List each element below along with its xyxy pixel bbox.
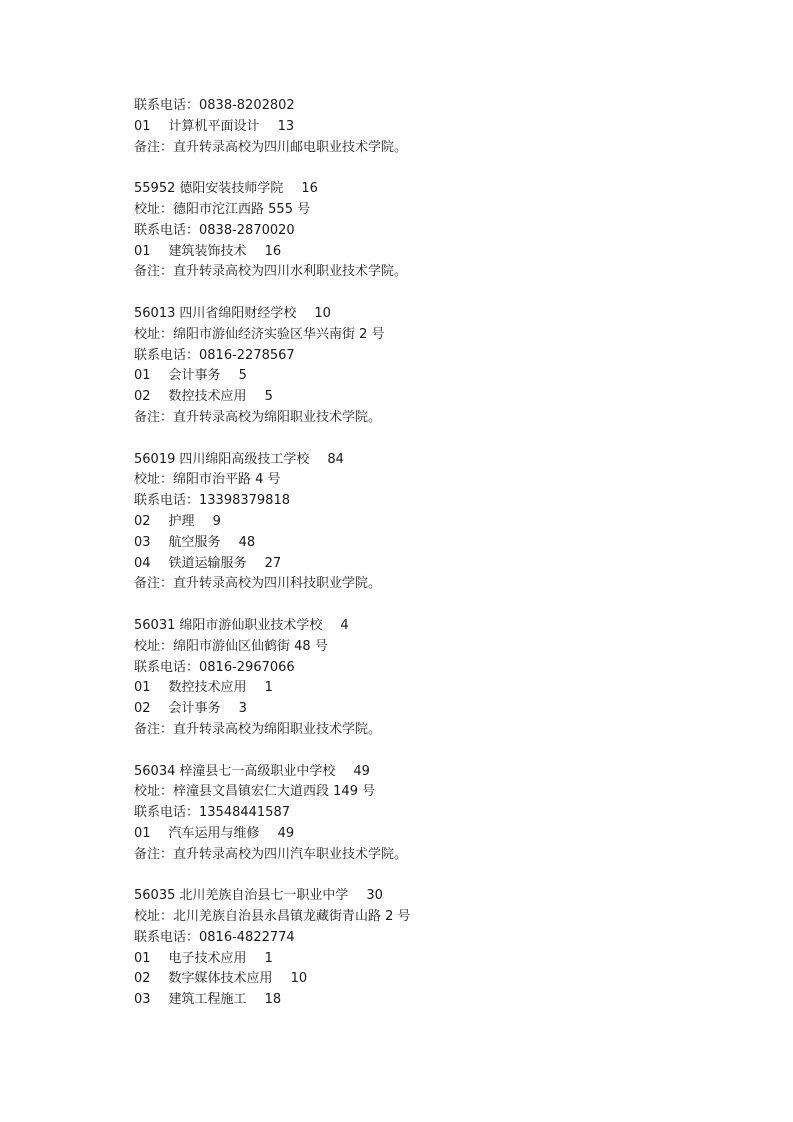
address-line: 校址：北川羌族自治县永昌镇龙藏街青山路 2 号 bbox=[134, 907, 754, 928]
phone-value: 13548441587 bbox=[199, 805, 290, 820]
major-name: 数控技术应用 bbox=[169, 680, 247, 695]
school-heading: 56013四川省绵阳财经学校10 bbox=[134, 304, 754, 325]
school-name: 梓潼县七一高级职业中学校 bbox=[179, 764, 335, 779]
major-code: 01 bbox=[134, 826, 151, 841]
phone-line: 联系电话：0816-2967066 bbox=[134, 658, 754, 679]
note-line: 备注：直升转录高校为四川汽车职业技术学院。 bbox=[134, 845, 754, 866]
school-name: 北川羌族自治县七一职业中学 bbox=[179, 888, 348, 903]
phone-label: 联系电话： bbox=[134, 98, 199, 113]
phone-value: 13398379818 bbox=[199, 493, 290, 508]
school-entry: 56031绵阳市游仙职业技术学校4 校址：绵阳市游仙区仙鹤街 48 号 联系电话… bbox=[134, 616, 754, 741]
major-quota: 48 bbox=[239, 535, 256, 550]
note-value: 直升转录高校为四川邮电职业技术学院。 bbox=[173, 140, 407, 155]
school-entry: 56013四川省绵阳财经学校10 校址：绵阳市游仙经济实验区华兴南街 2 号 联… bbox=[134, 304, 754, 429]
major-line: 02数控技术应用5 bbox=[134, 387, 754, 408]
note-line: 备注：直升转录高校为四川邮电职业技术学院。 bbox=[134, 138, 754, 159]
note-value: 直升转录高校为四川科技职业学院。 bbox=[173, 576, 381, 591]
major-quota: 49 bbox=[278, 826, 295, 841]
school-code: 56031 bbox=[134, 618, 175, 633]
school-entry: 56034梓潼县七一高级职业中学校49 校址：梓潼县文昌镇宏仁大道西段 149 … bbox=[134, 762, 754, 866]
address-value: 绵阳市游仙区仙鹤街 48 号 bbox=[173, 639, 328, 654]
major-name: 电子技术应用 bbox=[169, 951, 247, 966]
school-heading: 56035北川羌族自治县七一职业中学30 bbox=[134, 886, 754, 907]
school-name: 四川省绵阳财经学校 bbox=[179, 306, 296, 321]
major-quota: 1 bbox=[265, 680, 273, 695]
address-line: 校址：绵阳市游仙区仙鹤街 48 号 bbox=[134, 637, 754, 658]
major-name: 航空服务 bbox=[169, 535, 221, 550]
note-label: 备注： bbox=[134, 847, 173, 862]
school-code: 56019 bbox=[134, 452, 175, 467]
phone-line: 联系电话：13548441587 bbox=[134, 803, 754, 824]
address-label: 校址： bbox=[134, 639, 173, 654]
major-quota: 5 bbox=[239, 368, 247, 383]
note-line: 备注：直升转录高校为四川科技职业学院。 bbox=[134, 574, 754, 595]
note-line: 备注：直升转录高校为绵阳职业技术学院。 bbox=[134, 408, 754, 429]
major-line: 03航空服务48 bbox=[134, 533, 754, 554]
major-code: 02 bbox=[134, 701, 151, 716]
major-line: 01数控技术应用1 bbox=[134, 678, 754, 699]
phone-line: 联系电话：0816-4822774 bbox=[134, 928, 754, 949]
major-quota: 3 bbox=[239, 701, 247, 716]
phone-label: 联系电话： bbox=[134, 930, 199, 945]
major-quota: 9 bbox=[213, 514, 221, 529]
note-value: 直升转录高校为四川水利职业技术学院。 bbox=[173, 264, 407, 279]
school-entry: 56035北川羌族自治县七一职业中学30 校址：北川羌族自治县永昌镇龙藏街青山路… bbox=[134, 886, 754, 1011]
major-code: 01 bbox=[134, 244, 151, 259]
school-quota: 4 bbox=[340, 618, 348, 633]
major-code: 01 bbox=[134, 680, 151, 695]
major-code: 02 bbox=[134, 389, 151, 404]
note-value: 直升转录高校为绵阳职业技术学院。 bbox=[173, 722, 381, 737]
address-label: 校址： bbox=[134, 472, 173, 487]
phone-line: 联系电话：0816-2278567 bbox=[134, 346, 754, 367]
phone-label: 联系电话： bbox=[134, 348, 199, 363]
major-line: 03建筑工程施工18 bbox=[134, 990, 754, 1011]
major-name: 会计事务 bbox=[169, 368, 221, 383]
major-name: 数字媒体技术应用 bbox=[169, 971, 273, 986]
major-line: 01汽车运用与维修49 bbox=[134, 824, 754, 845]
address-value: 德阳市沱江西路 555 号 bbox=[173, 202, 310, 217]
phone-value: 0838-8202802 bbox=[199, 98, 295, 113]
address-label: 校址： bbox=[134, 784, 173, 799]
note-label: 备注： bbox=[134, 410, 173, 425]
school-heading: 56031绵阳市游仙职业技术学校4 bbox=[134, 616, 754, 637]
major-quota: 27 bbox=[265, 556, 282, 571]
address-value: 梓潼县文昌镇宏仁大道西段 149 号 bbox=[173, 784, 375, 799]
school-heading: 56034梓潼县七一高级职业中学校49 bbox=[134, 762, 754, 783]
note-value: 直升转录高校为四川汽车职业技术学院。 bbox=[173, 847, 407, 862]
major-name: 汽车运用与维修 bbox=[169, 826, 260, 841]
major-name: 建筑装饰技术 bbox=[169, 244, 247, 259]
major-line: 01会计事务5 bbox=[134, 366, 754, 387]
major-code: 03 bbox=[134, 992, 151, 1007]
school-heading: 56019四川绵阳高级技工学校84 bbox=[134, 450, 754, 471]
phone-label: 联系电话： bbox=[134, 660, 199, 675]
school-heading: 55952德阳安装技师学院16 bbox=[134, 179, 754, 200]
phone-label: 联系电话： bbox=[134, 223, 199, 238]
major-code: 02 bbox=[134, 971, 151, 986]
major-name: 建筑工程施工 bbox=[169, 992, 247, 1007]
school-quota: 30 bbox=[366, 888, 383, 903]
major-code: 01 bbox=[134, 951, 151, 966]
address-value: 北川羌族自治县永昌镇龙藏街青山路 2 号 bbox=[173, 909, 411, 924]
address-line: 校址：德阳市沱江西路 555 号 bbox=[134, 200, 754, 221]
major-line: 02护理9 bbox=[134, 512, 754, 533]
phone-line: 联系电话：13398379818 bbox=[134, 491, 754, 512]
address-line: 校址：绵阳市游仙经济实验区华兴南街 2 号 bbox=[134, 325, 754, 346]
major-quota: 13 bbox=[278, 119, 295, 134]
note-value: 直升转录高校为绵阳职业技术学院。 bbox=[173, 410, 381, 425]
address-line: 校址：绵阳市治平路 4 号 bbox=[134, 470, 754, 491]
major-code: 01 bbox=[134, 119, 151, 134]
major-line: 04铁道运输服务27 bbox=[134, 554, 754, 575]
major-line: 02数字媒体技术应用10 bbox=[134, 969, 754, 990]
school-quota: 10 bbox=[314, 306, 331, 321]
major-code: 04 bbox=[134, 556, 151, 571]
phone-value: 0816-2967066 bbox=[199, 660, 295, 675]
address-label: 校址： bbox=[134, 909, 173, 924]
major-code: 01 bbox=[134, 368, 151, 383]
school-name: 绵阳市游仙职业技术学校 bbox=[179, 618, 322, 633]
phone-value: 0816-2278567 bbox=[199, 348, 295, 363]
school-code: 55952 bbox=[134, 181, 175, 196]
major-name: 铁道运输服务 bbox=[169, 556, 247, 571]
major-name: 数控技术应用 bbox=[169, 389, 247, 404]
school-name: 德阳安装技师学院 bbox=[179, 181, 283, 196]
phone-label: 联系电话： bbox=[134, 493, 199, 508]
major-quota: 1 bbox=[265, 951, 273, 966]
address-label: 校址： bbox=[134, 327, 173, 342]
school-quota: 84 bbox=[327, 452, 344, 467]
major-quota: 18 bbox=[265, 992, 282, 1007]
major-quota: 16 bbox=[265, 244, 282, 259]
document-page: 联系电话：0838-8202802 01计算机平面设计13 备注：直升转录高校为… bbox=[134, 96, 754, 1011]
major-name: 会计事务 bbox=[169, 701, 221, 716]
note-label: 备注： bbox=[134, 140, 173, 155]
phone-value: 0816-4822774 bbox=[199, 930, 295, 945]
major-quota: 5 bbox=[265, 389, 273, 404]
note-line: 备注：直升转录高校为绵阳职业技术学院。 bbox=[134, 720, 754, 741]
note-label: 备注： bbox=[134, 264, 173, 279]
address-value: 绵阳市游仙经济实验区华兴南街 2 号 bbox=[173, 327, 385, 342]
school-entry: 55952德阳安装技师学院16 校址：德阳市沱江西路 555 号 联系电话：08… bbox=[134, 179, 754, 283]
note-line: 备注：直升转录高校为四川水利职业技术学院。 bbox=[134, 262, 754, 283]
school-entry-continued: 联系电话：0838-8202802 01计算机平面设计13 备注：直升转录高校为… bbox=[134, 96, 754, 158]
phone-label: 联系电话： bbox=[134, 805, 199, 820]
note-label: 备注： bbox=[134, 576, 173, 591]
note-label: 备注： bbox=[134, 722, 173, 737]
school-quota: 16 bbox=[301, 181, 318, 196]
major-name: 护理 bbox=[169, 514, 195, 529]
school-entry: 56019四川绵阳高级技工学校84 校址：绵阳市治平路 4 号 联系电话：133… bbox=[134, 450, 754, 596]
major-quota: 10 bbox=[291, 971, 308, 986]
phone-line: 联系电话：0838-8202802 bbox=[134, 96, 754, 117]
address-label: 校址： bbox=[134, 202, 173, 217]
major-line: 01计算机平面设计13 bbox=[134, 117, 754, 138]
major-name: 计算机平面设计 bbox=[169, 119, 260, 134]
major-line: 01建筑装饰技术16 bbox=[134, 242, 754, 263]
address-value: 绵阳市治平路 4 号 bbox=[173, 472, 281, 487]
school-code: 56035 bbox=[134, 888, 175, 903]
major-line: 02会计事务3 bbox=[134, 699, 754, 720]
school-name: 四川绵阳高级技工学校 bbox=[179, 452, 309, 467]
address-line: 校址：梓潼县文昌镇宏仁大道西段 149 号 bbox=[134, 782, 754, 803]
phone-value: 0838-2870020 bbox=[199, 223, 295, 238]
major-line: 01电子技术应用1 bbox=[134, 949, 754, 970]
school-code: 56013 bbox=[134, 306, 175, 321]
school-quota: 49 bbox=[353, 764, 370, 779]
school-code: 56034 bbox=[134, 764, 175, 779]
major-code: 02 bbox=[134, 514, 151, 529]
phone-line: 联系电话：0838-2870020 bbox=[134, 221, 754, 242]
major-code: 03 bbox=[134, 535, 151, 550]
